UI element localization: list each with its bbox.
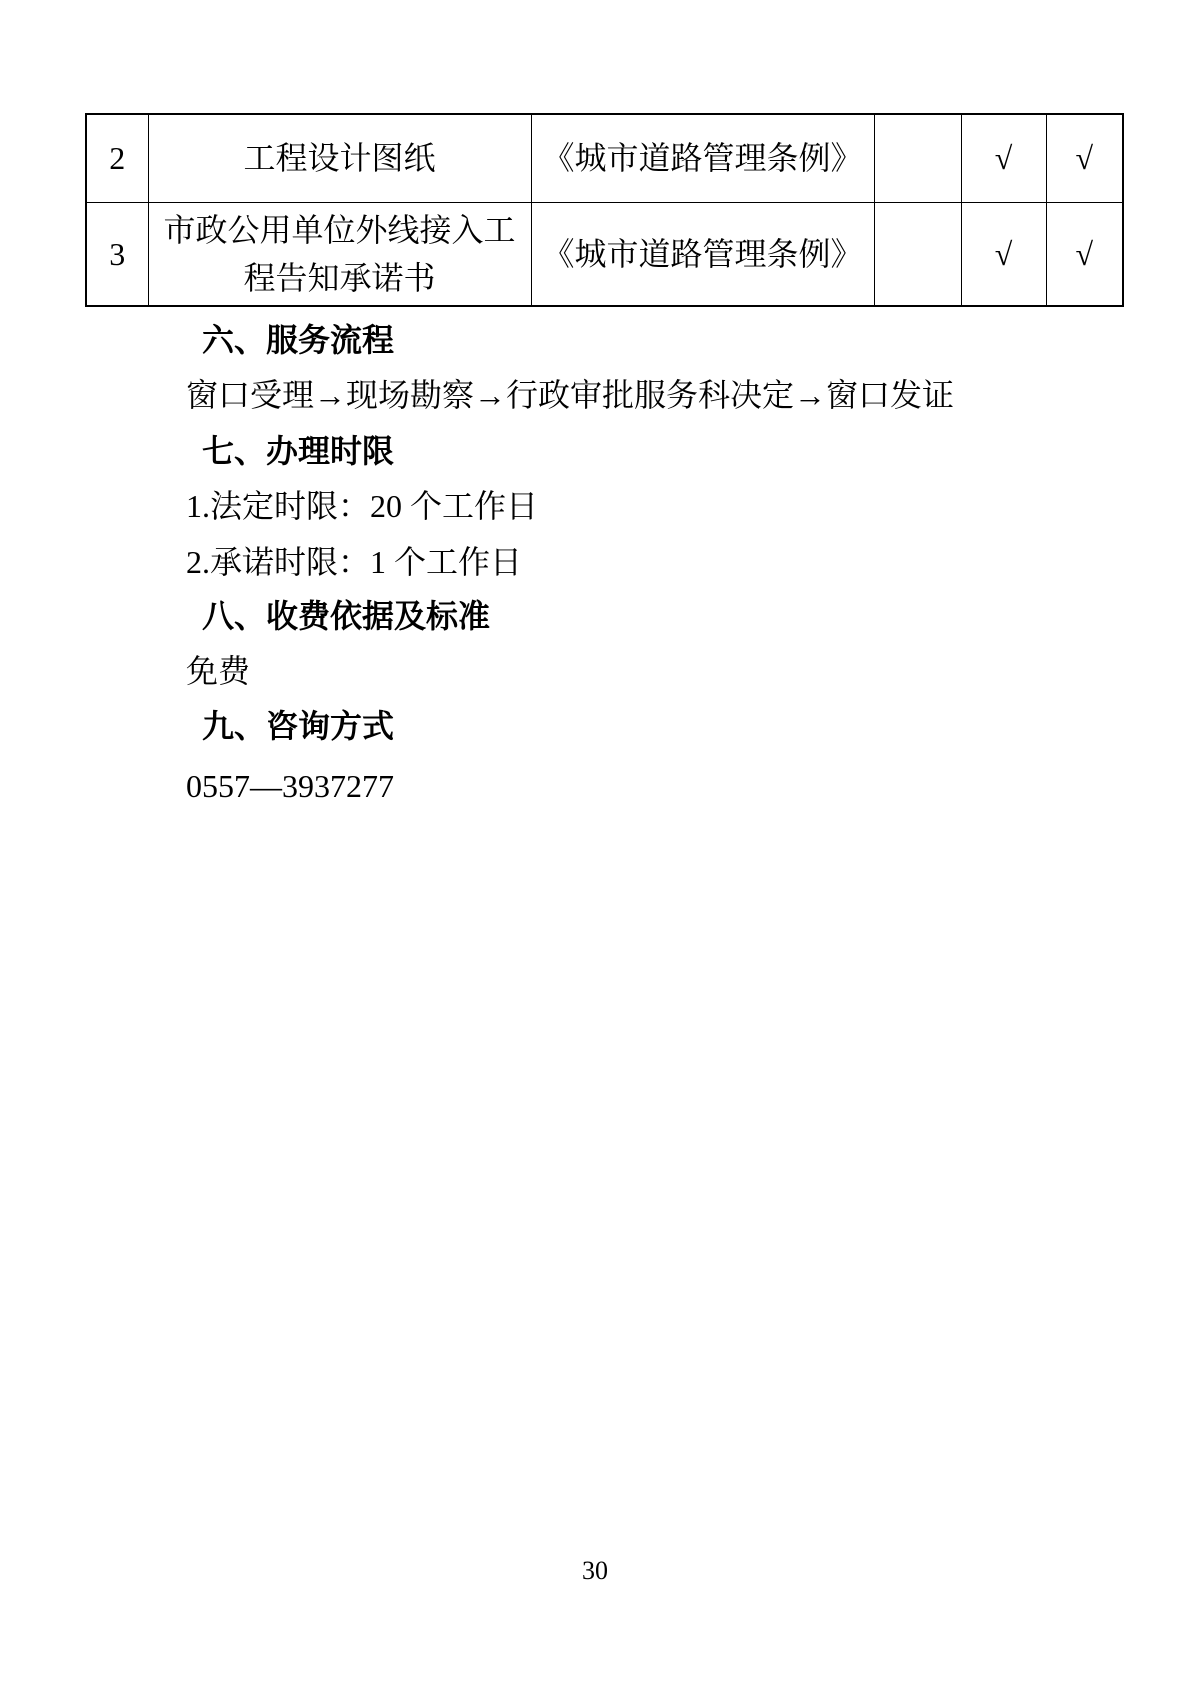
row-number-cell: 2 bbox=[86, 114, 148, 202]
original-check-cell: √ bbox=[961, 202, 1046, 306]
section-heading-consultation: 九、咨询方式 bbox=[202, 708, 394, 745]
material-name-cell: 工程设计图纸 bbox=[148, 114, 531, 202]
original-check-cell: √ bbox=[961, 114, 1046, 202]
row-number-cell: 3 bbox=[86, 202, 148, 306]
fee-text: 免费 bbox=[186, 653, 250, 690]
materials-table: 2 工程设计图纸 《城市道路管理条例》 √ √ 3 市政公用单位外线接入工程告知… bbox=[85, 113, 1124, 307]
promised-time-limit-text: 2.承诺时限：1 个工作日 bbox=[186, 544, 522, 581]
document-page: 2 工程设计图纸 《城市道路管理条例》 √ √ 3 市政公用单位外线接入工程告知… bbox=[0, 0, 1190, 1684]
table-row: 3 市政公用单位外线接入工程告知承诺书 《城市道路管理条例》 √ √ bbox=[86, 202, 1123, 306]
consultation-phone-number: 0557—3937277 bbox=[186, 768, 394, 805]
blank-cell bbox=[874, 202, 961, 306]
legal-basis-cell: 《城市道路管理条例》 bbox=[531, 202, 874, 306]
service-flow-text: 窗口受理→现场勘察→行政审批服务科决定→窗口发证 bbox=[186, 377, 954, 414]
table-row: 2 工程设计图纸 《城市道路管理条例》 √ √ bbox=[86, 114, 1123, 202]
section-heading-service-flow: 六、服务流程 bbox=[202, 322, 394, 359]
legal-basis-cell: 《城市道路管理条例》 bbox=[531, 114, 874, 202]
blank-cell bbox=[874, 114, 961, 202]
page-number: 30 bbox=[0, 1556, 1190, 1586]
copy-check-cell: √ bbox=[1046, 114, 1123, 202]
statutory-time-limit-text: 1.法定时限：20 个工作日 bbox=[186, 488, 538, 525]
copy-check-cell: √ bbox=[1046, 202, 1123, 306]
section-heading-fees: 八、收费依据及标准 bbox=[202, 598, 490, 635]
section-heading-time-limit: 七、办理时限 bbox=[202, 433, 394, 470]
material-name-cell: 市政公用单位外线接入工程告知承诺书 bbox=[148, 202, 531, 306]
